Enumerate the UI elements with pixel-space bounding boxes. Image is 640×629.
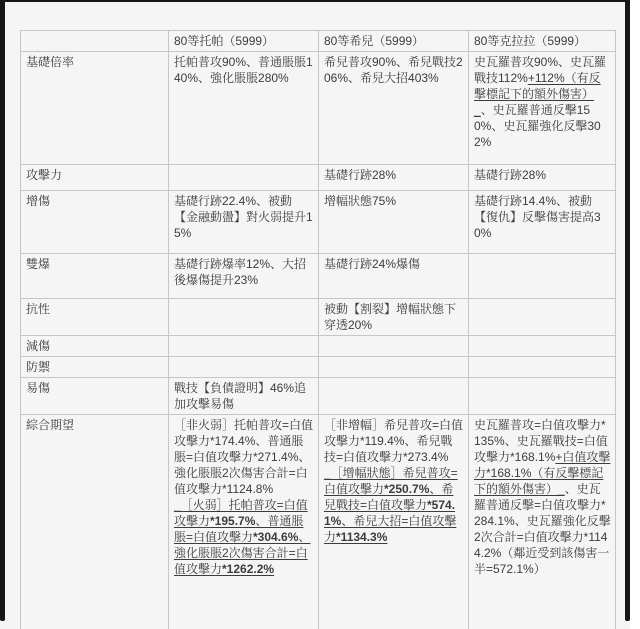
cell-text-segment: *1134.3% bbox=[336, 530, 387, 544]
table-cell bbox=[319, 378, 469, 415]
table-cell: 基礎行跡28% bbox=[319, 165, 469, 191]
table-cell: 基礎行跡28% bbox=[469, 165, 616, 191]
table-cell bbox=[469, 357, 616, 378]
table-cell: 基礎行跡22.4%、被動【金融動盪】對火弱提升15% bbox=[169, 191, 319, 254]
column-header: 80等托帕（5999） bbox=[169, 31, 319, 52]
cell-text-segment: *195.7% bbox=[210, 514, 255, 528]
row-label: 基礎倍率 bbox=[21, 52, 169, 165]
cell-text-segment: 希兒普攻90%、希兒戰技206%、希兒大招403% bbox=[324, 55, 463, 85]
cell-text-segment: 、史瓦羅普通反擊150%、史瓦羅強化反擊302% bbox=[474, 103, 601, 149]
row-label: 抗性 bbox=[21, 299, 169, 336]
row-label: 減傷 bbox=[21, 336, 169, 357]
cell-text-segment: ［非火弱］托帕普攻=白值攻擊力*174.4%、普通脹脹=白值攻擊力*271.4%… bbox=[174, 418, 313, 496]
header-row: 80等托帕（5999）80等希兒（5999）80等克拉拉（5999） bbox=[21, 31, 616, 52]
table-cell: 史瓦羅普攻=白值攻擊力*135%、史瓦羅戰技=白值攻擊力*168.1%+白值攻擊… bbox=[469, 415, 616, 629]
cell-text-segment: 、史瓦羅普通反擊=白值攻擊力*284.1%、史瓦羅強化反擊2次合計=白值攻擊力*… bbox=[474, 482, 611, 576]
row-label: 防禦 bbox=[21, 357, 169, 378]
cell-text-segment: 基礎行跡28% bbox=[474, 168, 546, 182]
right-frame-bar bbox=[625, 0, 630, 621]
table-cell: 增幅狀態75% bbox=[319, 191, 469, 254]
cell-text-segment: ［非增幅］希兒普攻=白值攻擊力*119.4%、希兒戰技=白值攻擊力*273.4% bbox=[324, 418, 484, 464]
cell-text-segment: *250.7% bbox=[384, 482, 429, 496]
table-row: 綜合期望［非火弱］托帕普攻=白值攻擊力*174.4%、普通脹脹=白值攻擊力*27… bbox=[21, 415, 616, 629]
table-cell bbox=[469, 378, 616, 415]
table-row: 攻擊力基礎行跡28%基礎行跡28% bbox=[21, 165, 616, 191]
table-row: 減傷 bbox=[21, 336, 616, 357]
table-cell: ［非火弱］托帕普攻=白值攻擊力*174.4%、普通脹脹=白值攻擊力*271.4%… bbox=[169, 415, 319, 629]
cell-text-segment: 戰技【負債證明】46%追加攻擊易傷 bbox=[174, 381, 306, 411]
character-damage-comparison-table: 80等托帕（5999）80等希兒（5999）80等克拉拉（5999） 基礎倍率托… bbox=[20, 30, 616, 629]
corner-cell bbox=[21, 31, 169, 52]
row-label: 易傷 bbox=[21, 378, 169, 415]
table-row: 基礎倍率托帕普攻90%、普通脹脹140%、強化脹脹280%希兒普攻90%、希兒戰… bbox=[21, 52, 616, 165]
cell-text-segment: *1262.2% bbox=[222, 562, 274, 576]
table-row: 易傷戰技【負債證明】46%追加攻擊易傷 bbox=[21, 378, 616, 415]
cell-text-segment: 托帕普攻90%、普通脹脹140%、強化脹脹280% bbox=[174, 55, 313, 85]
table-cell: 希兒普攻90%、希兒戰技206%、希兒大招403% bbox=[319, 52, 469, 165]
table-cell bbox=[469, 299, 616, 336]
column-header: 80等希兒（5999） bbox=[319, 31, 469, 52]
cell-text-segment: *304.6% bbox=[253, 530, 298, 544]
table-cell: 被動【割裂】增幅狀態下穿透20% bbox=[319, 299, 469, 336]
cell-text-segment: 被動【割裂】增幅狀態下穿透20% bbox=[324, 302, 456, 332]
table-cell: ［非增幅］希兒普攻=白值攻擊力*119.4%、希兒戰技=白值攻擊力*273.4%… bbox=[319, 415, 469, 629]
cell-text-segment: 增幅狀態75% bbox=[324, 194, 396, 208]
table-row: 增傷基礎行跡22.4%、被動【金融動盪】對火弱提升15%增幅狀態75%基礎行跡1… bbox=[21, 191, 616, 254]
cell-text-segment: 基礎行跡22.4%、被動【金融動盪】對火弱提升15% bbox=[174, 194, 313, 240]
table-cell bbox=[169, 357, 319, 378]
row-label: 增傷 bbox=[21, 191, 169, 254]
column-header: 80等克拉拉（5999） bbox=[469, 31, 616, 52]
row-label: 雙爆 bbox=[21, 254, 169, 299]
top-frame-line bbox=[0, 0, 630, 2]
table-cell bbox=[319, 357, 469, 378]
table-cell: 基礎行跡爆率12%、大招後爆傷提升23% bbox=[169, 254, 319, 299]
table-row: 雙爆基礎行跡爆率12%、大招後爆傷提升23%基礎行跡24%爆傷 bbox=[21, 254, 616, 299]
table-cell: 史瓦羅普攻90%、史瓦羅戰技112%+112%（有反擊標記下的額外傷害）_、史瓦… bbox=[469, 52, 616, 165]
table-cell bbox=[469, 254, 616, 299]
table-row: 抗性被動【割裂】增幅狀態下穿透20% bbox=[21, 299, 616, 336]
table-cell: 戰技【負債證明】46%追加攻擊易傷 bbox=[169, 378, 319, 415]
table-cell: 托帕普攻90%、普通脹脹140%、強化脹脹280% bbox=[169, 52, 319, 165]
table-row: 防禦 bbox=[21, 357, 616, 378]
cell-text-segment: 基礎行跡28% bbox=[324, 168, 396, 182]
table-cell bbox=[169, 336, 319, 357]
cell-text-segment: 基礎行跡14.4%、被動【復仇】反擊傷害提高30% bbox=[474, 194, 601, 240]
cell-text-segment: 基礎行跡爆率12%、大招後爆傷提升23% bbox=[174, 257, 306, 287]
cell-text-segment: 基礎行跡24%爆傷 bbox=[324, 257, 420, 271]
table-cell bbox=[169, 165, 319, 191]
table-cell bbox=[169, 299, 319, 336]
left-frame-bar bbox=[0, 0, 5, 621]
table-cell: 基礎行跡14.4%、被動【復仇】反擊傷害提高30% bbox=[469, 191, 616, 254]
table-cell bbox=[469, 336, 616, 357]
table-cell: 基礎行跡24%爆傷 bbox=[319, 254, 469, 299]
row-label: 綜合期望 bbox=[21, 415, 169, 629]
row-label: 攻擊力 bbox=[21, 165, 169, 191]
table-cell bbox=[319, 336, 469, 357]
table-body: 基礎倍率托帕普攻90%、普通脹脹140%、強化脹脹280%希兒普攻90%、希兒戰… bbox=[21, 52, 616, 629]
